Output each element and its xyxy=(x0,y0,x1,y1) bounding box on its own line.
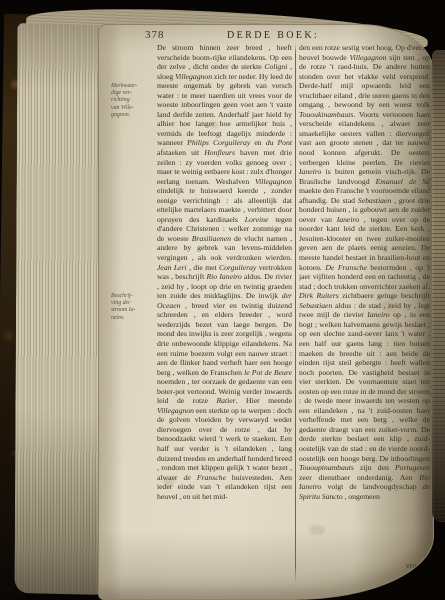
column-divider xyxy=(295,43,296,583)
page-block-fore-edge xyxy=(15,23,106,595)
facing-page-sliver xyxy=(432,50,445,522)
book-photo: 378 DERDE BOEK: Merkwaar- dige ver- rich… xyxy=(0,0,445,600)
foxing-spot xyxy=(209,121,219,129)
page-number: 378 xyxy=(145,29,165,41)
foxing-spot xyxy=(163,477,175,486)
catchword: vrucht- xyxy=(406,561,428,571)
foxing-spot xyxy=(381,301,395,311)
text-column-right: den een rotze sestig voet hoog. Op d'eer… xyxy=(299,43,430,583)
running-header: DERDE BOEK: xyxy=(227,30,407,41)
text-column-right-body: den een rotze sestig voet hoog. Op d'eer… xyxy=(299,43,430,501)
text-columns: De stroom binnen zeer breed , heeft vers… xyxy=(157,43,430,583)
margin-note-villegagnon: Merkwaar- dige ver- richting van Ville- … xyxy=(111,83,155,119)
margin-note-rio-janeiro: Beschrij- ving der stroom Ia- neiro. xyxy=(111,293,155,322)
book-page: 378 DERDE BOEK: Merkwaar- dige ver- rich… xyxy=(98,24,434,600)
foxing-spot xyxy=(309,525,325,535)
text-column-left: De stroom binnen zeer breed , heeft vers… xyxy=(157,43,292,583)
